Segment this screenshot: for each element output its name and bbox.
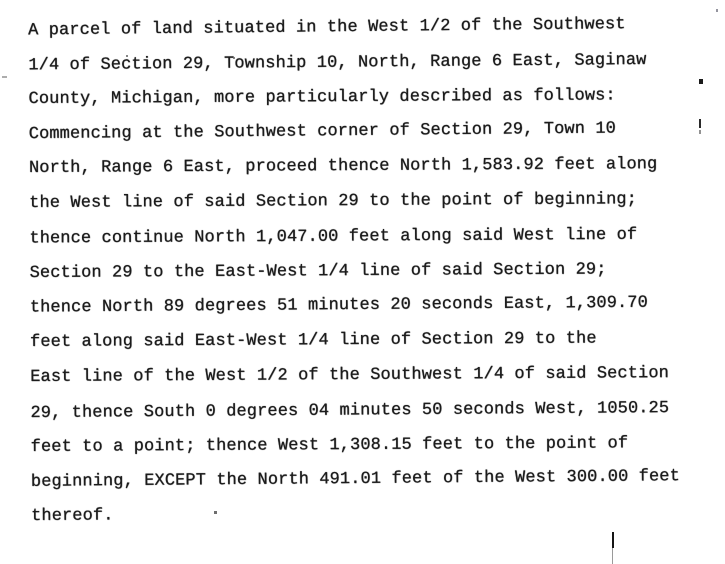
text-line-12: 29, thence South 0 degrees 04 minutes 50… bbox=[30, 392, 679, 432]
scratch-bottom-right-light bbox=[612, 548, 613, 564]
text-line-4: Commencing at the Southwest corner of Se… bbox=[29, 112, 678, 153]
speck-left-margin bbox=[2, 76, 7, 78]
text-line-15: thereof. bbox=[31, 496, 680, 535]
text-line-11: East line of the West 1/2 of the Southwe… bbox=[30, 357, 679, 396]
text-line-7: thence continue North 1,047.00 feet alon… bbox=[29, 218, 678, 257]
tick-right-margin-dark bbox=[699, 119, 701, 128]
text-line-3: County, Michigan, more particularly desc… bbox=[28, 79, 677, 118]
text-line-8: Section 29 to the East-West 1/4 line of … bbox=[29, 253, 678, 292]
scratch-bottom-right-dark bbox=[612, 532, 614, 548]
text-line-9: thence North 89 degrees 51 minutes 20 se… bbox=[30, 287, 679, 327]
text-line-5: North, Range 6 East, proceed thence Nort… bbox=[29, 148, 678, 187]
tick-right-margin-light bbox=[699, 130, 701, 134]
text-line-13: feet to a point; thence West 1,308.15 fe… bbox=[31, 427, 680, 466]
text-line-14: beginning, EXCEPT the North 491.01 feet … bbox=[31, 461, 680, 501]
ink-dot-right-margin bbox=[699, 79, 703, 84]
scanned-document-page: A parcel of land situated in the West 1/… bbox=[0, 0, 725, 564]
legal-description-text-block: A parcel of land situated in the West 1/… bbox=[28, 9, 680, 535]
text-line-2: 1/4 of Section 29, Township 10, North, R… bbox=[28, 43, 677, 83]
text-line-10: feet along said East-West 1/4 line of Se… bbox=[30, 322, 679, 361]
text-line-6: the West line of said Section 29 to the … bbox=[29, 183, 678, 222]
speck-top-right bbox=[716, 9, 718, 12]
text-line-1: A parcel of land situated in the West 1/… bbox=[28, 8, 677, 50]
